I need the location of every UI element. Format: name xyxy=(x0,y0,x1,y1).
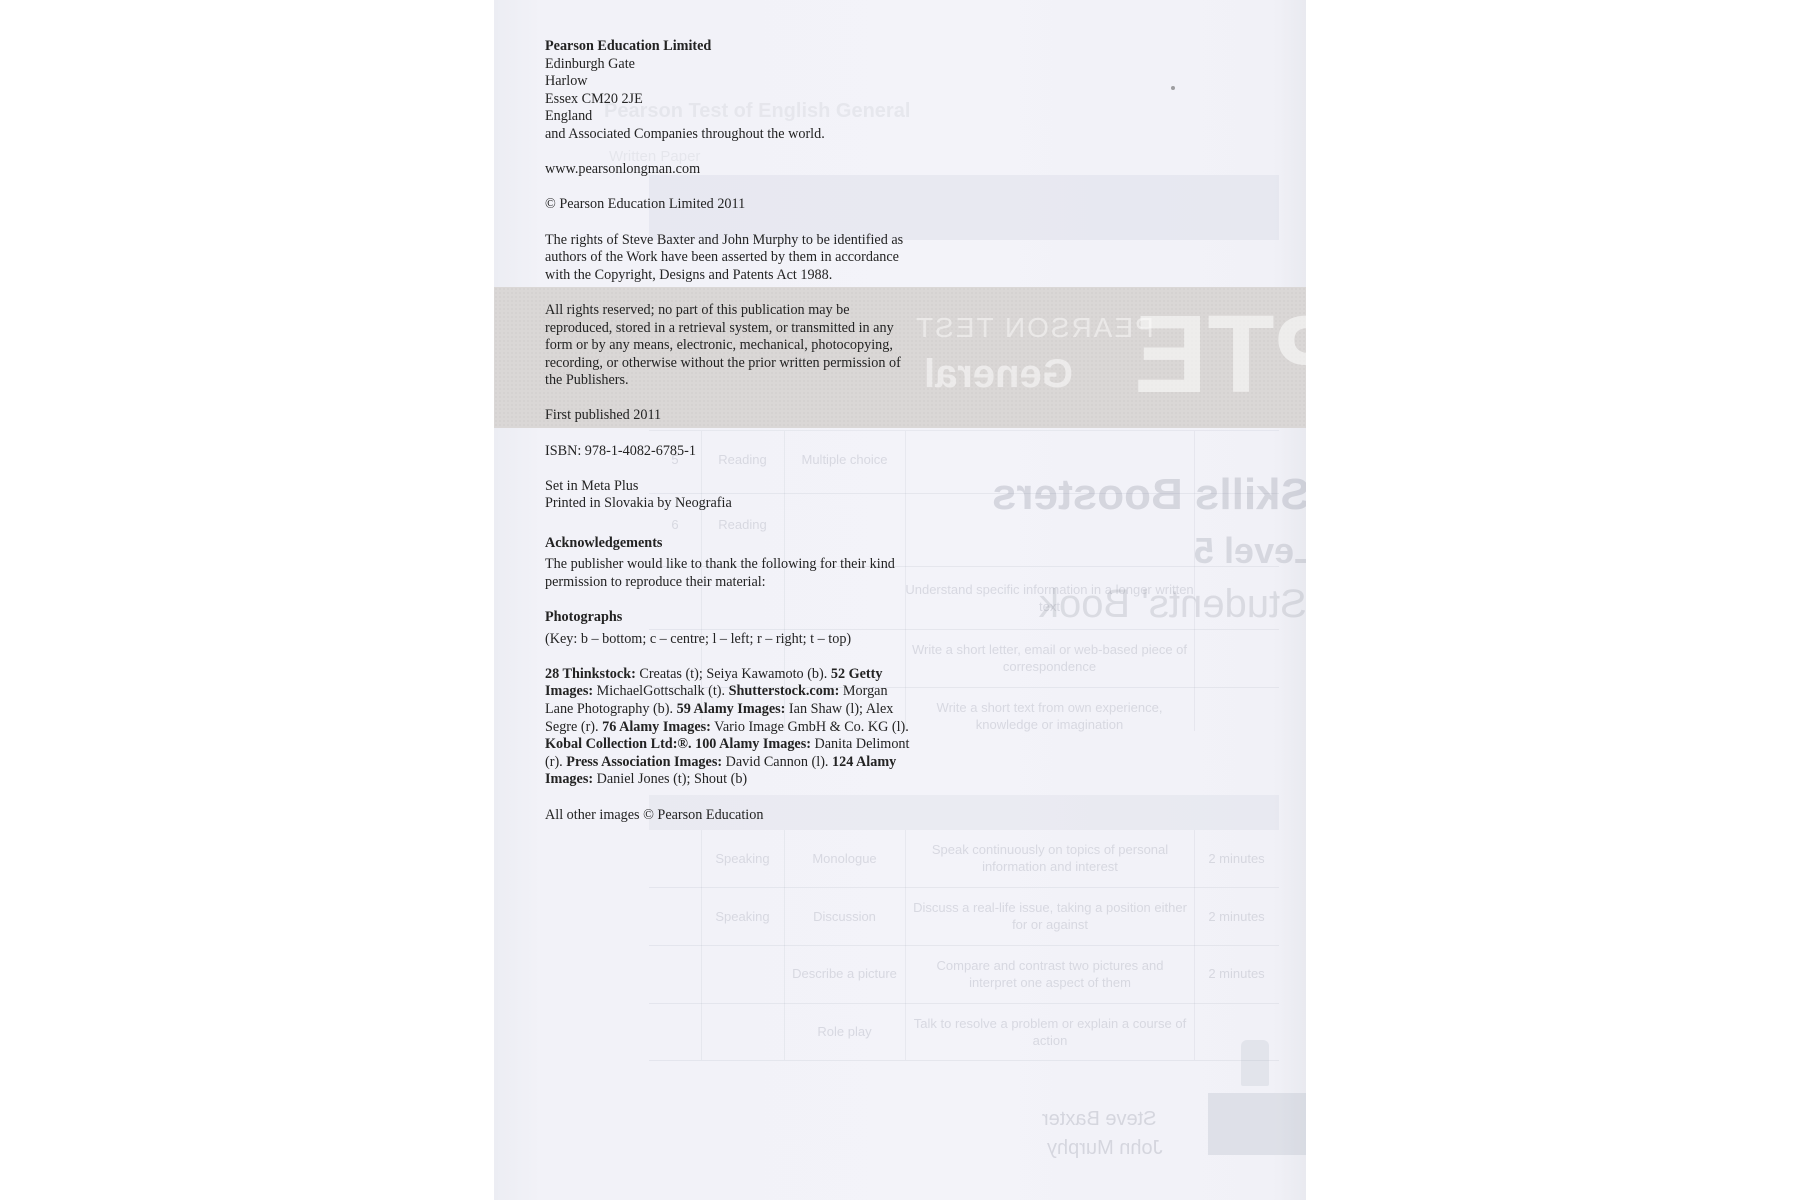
credit-detail: Vario Image GmbH & Co. KG (l). xyxy=(711,719,909,735)
credit-detail: David Cannon (l). xyxy=(722,754,832,770)
credit-detail: Danita Delimont xyxy=(811,736,910,752)
moral-rights-line: with the Copyright, Designs and Patents … xyxy=(545,267,945,285)
credit-source: Press Association Images: xyxy=(566,754,722,770)
copyright-page: Pearson Test of English General Written … xyxy=(494,0,1306,1200)
address-line: and Associated Companies throughout the … xyxy=(545,126,945,144)
acknowledgements-heading: Acknowledgements xyxy=(545,535,945,553)
bleed-cell: Describe a picture xyxy=(784,965,905,982)
bleed-cell: Compare and contrast two pictures and in… xyxy=(911,957,1189,991)
address-line: England xyxy=(545,108,945,126)
all-rights-line: form or by any means, electronic, mechan… xyxy=(545,337,945,355)
bleed-through-author: Steve Baxter xyxy=(1042,1108,1157,1131)
bleed-through-pearson-test: PEARSON TEST xyxy=(914,312,1154,344)
address-line: Harlow xyxy=(545,73,945,91)
credit-detail: Segre (r). xyxy=(545,719,602,735)
bleed-through-pte-logo: PTE xyxy=(1134,300,1306,410)
credit-source: Images: xyxy=(545,683,593,699)
copyright-line: © Pearson Education Limited 2011 xyxy=(545,196,945,214)
bleed-through-skills-boosters: Skills Boosters xyxy=(992,470,1306,520)
photo-credits: 28 Thinkstock: Creatas (t); Seiya Kawamo… xyxy=(545,666,945,789)
bleed-cell: Write a short text from own experience, … xyxy=(905,699,1194,733)
website: www.pearsonlongman.com xyxy=(545,161,945,179)
credit-source: 124 Alamy xyxy=(832,754,896,770)
bleed-cell: Talk to resolve a problem or explain a c… xyxy=(911,1015,1189,1049)
address-line: Edinburgh Gate xyxy=(545,56,945,74)
credit-source: Kobal Collection Ltd:®. 100 Alamy Images… xyxy=(545,736,811,752)
all-rights-line: All rights reserved; no part of this pub… xyxy=(545,302,945,320)
photo-key: (Key: b – bottom; c – centre; l – left; … xyxy=(545,631,945,649)
bleed-through-general: General xyxy=(924,352,1073,397)
photo-credit-line: Images: MichaelGottschalk (t). Shutterst… xyxy=(545,683,945,701)
credit-detail: Lane Photography (b). xyxy=(545,701,677,717)
bleed-cell: 2 minutes xyxy=(1194,908,1279,925)
all-rights-line: the Publishers. xyxy=(545,372,945,390)
bleed-cell: Monologue xyxy=(784,850,905,867)
bleed-through-pearson-logo-icon xyxy=(1208,1093,1306,1155)
bleed-cell: Speaking xyxy=(701,850,784,867)
photo-credit-line: 28 Thinkstock: Creatas (t); Seiya Kawamo… xyxy=(545,666,945,684)
bleed-through-author: John Murphy xyxy=(1047,1137,1163,1160)
acknowledgements-intro: permission to reproduce their material: xyxy=(545,574,945,592)
publisher-name: Pearson Education Limited xyxy=(545,38,945,56)
moral-rights-line: authors of the Work have been asserted b… xyxy=(545,249,945,267)
bleed-through-level: Level 5 xyxy=(1194,530,1306,572)
bleed-cell: Write a short letter, email or web-based… xyxy=(905,641,1194,675)
bleed-cell: Discuss a real-life issue, taking a posi… xyxy=(911,899,1189,933)
photo-credit-line: Lane Photography (b). 59 Alamy Images: I… xyxy=(545,701,945,719)
photo-credit-line: Segre (r). 76 Alamy Images: Vario Image … xyxy=(545,719,945,737)
credit-source: Images: xyxy=(545,771,593,787)
credit-source: 28 Thinkstock: xyxy=(545,666,636,682)
imprint-text: Pearson Education Limited Edinburgh Gate… xyxy=(545,38,945,824)
bleed-cell: Discussion xyxy=(784,908,905,925)
photo-credit-line: (r). Press Association Images: David Can… xyxy=(545,754,945,772)
credit-source: 76 Alamy Images: xyxy=(602,719,711,735)
bleed-through-ship-logo-icon xyxy=(1241,1040,1269,1086)
credit-detail: Daniel Jones (t); Shout (b) xyxy=(593,771,747,787)
credit-source: Shutterstock.com: xyxy=(729,683,840,699)
acknowledgements-intro: The publisher would like to thank the fo… xyxy=(545,556,945,574)
photo-credit-line: Images: Daniel Jones (t); Shout (b) xyxy=(545,771,945,789)
credit-detail: Ian Shaw (l); Alex xyxy=(785,701,893,717)
printer-info: Printed in Slovakia by Neografia xyxy=(545,495,945,513)
credit-detail: MichaelGottschalk (t). xyxy=(593,683,729,699)
all-rights-line: recording, or otherwise without the prio… xyxy=(545,355,945,373)
isbn: ISBN: 978-1-4082-6785-1 xyxy=(545,443,945,461)
typeset-info: Set in Meta Plus xyxy=(545,478,945,496)
credit-source: 59 Alamy Images: xyxy=(677,701,786,717)
bleed-through-table-bottom: Speaking Monologue Speak continuously on… xyxy=(649,795,1279,1060)
paper-speck xyxy=(1171,86,1175,90)
credit-source: 52 Getty xyxy=(831,666,883,682)
bleed-cell: 2 minutes xyxy=(1194,850,1279,867)
photo-credit-line: Kobal Collection Ltd:®. 100 Alamy Images… xyxy=(545,736,945,754)
other-images-credit: All other images © Pearson Education xyxy=(545,807,945,825)
credit-detail: (r). xyxy=(545,754,566,770)
all-rights-line: reproduced, stored in a retrieval system… xyxy=(545,320,945,338)
bleed-cell: Speak continuously on topics of personal… xyxy=(911,841,1189,875)
bleed-cell: Speaking xyxy=(701,908,784,925)
bleed-through-students-book: Students' Book xyxy=(1039,582,1306,627)
first-published: First published 2011 xyxy=(545,407,945,425)
credit-detail: Creatas (t); Seiya Kawamoto (b). xyxy=(636,666,831,682)
moral-rights-line: The rights of Steve Baxter and John Murp… xyxy=(545,232,945,250)
bleed-cell: 2 minutes xyxy=(1194,965,1279,982)
photographs-heading: Photographs xyxy=(545,609,945,627)
credit-detail: Morgan xyxy=(839,683,887,699)
bleed-cell: Role play xyxy=(784,1023,905,1040)
address-line: Essex CM20 2JE xyxy=(545,91,945,109)
